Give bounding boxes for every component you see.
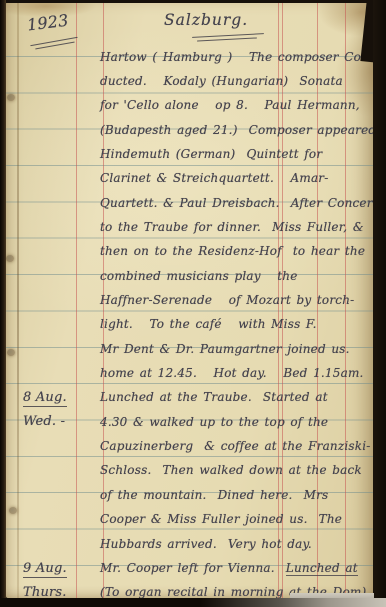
diary-line: (Budapesth aged 21.) Composer appeared. <box>100 118 380 142</box>
diary-line-segment: ducted. Kodaly (Hungarian) Sonata <box>100 74 343 88</box>
stitch-hole <box>9 507 17 514</box>
diary-line-segment: 4.30 & walked up to the top of the <box>100 415 328 429</box>
diary-line-segment: Hartow ( Hamburg ) The composer Con- <box>100 50 373 64</box>
diary-line-segment: then on to the Residenz-Hof to hear the <box>100 244 365 258</box>
stitch-hole <box>6 255 14 262</box>
diary-line-segment: Quartett. & Paul Dreisbach. After Concer… <box>100 196 378 210</box>
diary-line: Mr. Cooper left for Vienna. Lunched at <box>100 556 358 580</box>
diary-line: home at 12.45. Hot day. Bed 1.15am. <box>100 361 364 385</box>
diary-line-segment: combined musicians play the <box>100 269 298 283</box>
diary-line: light. To the café with Miss F. <box>100 312 317 336</box>
diary-line-segment: Lunched at <box>286 561 358 576</box>
diary-line: combined musicians play the <box>100 264 298 288</box>
diary-photo: 1923 Salzburg. 8 Aug. Wed. - 9 Aug. Thur… <box>0 0 386 607</box>
diary-line-segment: Hubbards arrived. Very hot day. <box>100 537 312 551</box>
diary-line-segment: Haffner-Serenade of Mozart by torch- <box>100 293 354 307</box>
diary-line-segment: Hindemuth (German) Quintett for <box>100 147 322 161</box>
margin-line <box>76 2 77 598</box>
diary-line-segment: to the Traube for dinner. Miss Fuller, & <box>100 220 364 234</box>
diary-line-segment: Mr. Cooper left for Vienna. <box>100 561 286 575</box>
book-spine <box>0 0 6 607</box>
stitch-hole <box>7 349 15 356</box>
diary-line-segment: Mr Dent & Dr. Paumgartner joined us. <box>100 342 350 356</box>
binding-crease <box>17 2 19 598</box>
diary-line-segment: Clarinet & Streichquartett. Amar- <box>100 171 329 185</box>
diary-line: to the Traube for dinner. Miss Fuller, & <box>100 215 364 239</box>
diary-line: 4.30 & walked up to the top of the <box>100 410 328 434</box>
diary-line: Hartow ( Hamburg ) The composer Con- <box>100 45 373 69</box>
diary-line: Haffner-Serenade of Mozart by torch- <box>100 288 354 312</box>
page-title: Salzburg. <box>164 11 248 29</box>
photo-edge-right <box>373 0 386 607</box>
diary-line: Cooper & Miss Fuller joined us. The <box>100 507 342 531</box>
diary-line-segment: Cooper & Miss Fuller joined us. The <box>100 512 342 526</box>
stitch-hole <box>7 94 15 101</box>
diary-line-segment: light. To the café with Miss F. <box>100 317 317 331</box>
diary-line-segment: of the mountain. Dined here. Mrs <box>100 488 328 502</box>
diary-line: Quartett. & Paul Dreisbach. After Concer… <box>100 191 378 215</box>
diary-line-segment: Capuzinerberg & coffee at the Franziski- <box>100 439 371 453</box>
diary-line: Clarinet & Streichquartett. Amar- <box>100 166 329 190</box>
diary-line-segment: Schloss. Then walked down at the back <box>100 463 362 477</box>
diary-line: then on to the Residenz-Hof to hear the <box>100 239 365 263</box>
entry-date: 8 Aug. <box>23 388 67 408</box>
diary-line: of the mountain. Dined here. Mrs <box>100 483 328 507</box>
diary-line-segment: home at 12.45. Hot day. Bed 1.15am. <box>100 366 364 380</box>
diary-line: Mr Dent & Dr. Paumgartner joined us. <box>100 337 350 361</box>
entry-day: Wed. - <box>23 412 65 432</box>
photo-edge-top <box>0 0 386 3</box>
diary-line: ducted. Kodaly (Hungarian) Sonata <box>100 69 343 93</box>
diary-line-segment: for 'Cello alone op 8. Paul Hermann, <box>100 98 360 112</box>
diary-line: Hindemuth (German) Quintett for <box>100 142 322 166</box>
diary-line-segment: Lunched at the Traube. Started at <box>100 390 328 404</box>
photo-edge-bottom <box>0 598 386 607</box>
diary-line: for 'Cello alone op 8. Paul Hermann, <box>100 93 360 117</box>
diary-line: Hubbards arrived. Very hot day. <box>100 532 312 556</box>
diary-line-segment: (Budapesth aged 21.) Composer appeared. <box>100 123 380 137</box>
diary-line: Capuzinerberg & coffee at the Franziski- <box>100 434 371 458</box>
entry-date: 9 Aug. <box>23 559 67 579</box>
diary-line: Lunched at the Traube. Started at <box>100 385 328 409</box>
entry-date-text: 8 Aug. <box>23 390 67 407</box>
diary-line: Schloss. Then walked down at the back <box>100 458 362 482</box>
entry-date-text: 9 Aug. <box>23 561 67 578</box>
